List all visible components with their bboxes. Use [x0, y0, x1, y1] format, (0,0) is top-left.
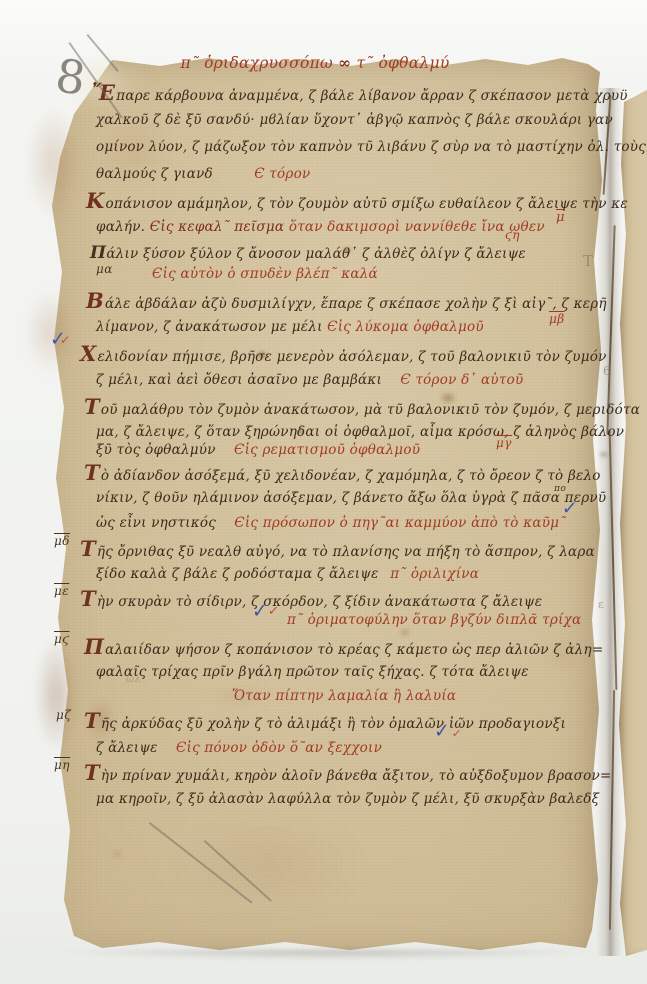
margin-label: μζ: [56, 708, 71, 722]
ink-text: φαλήν.: [96, 219, 150, 235]
ink-text: άλε ἀβδάλαν ἀζὺ δυσμιλίγχν, ἔπαρε ζ σκέπ…: [105, 296, 607, 312]
ink-text: χαλκοῦ ζ δὲ ξῦ σανδύ· μϐλίαν ὕχοντ᾽ ἀβγῷ…: [96, 112, 613, 128]
rubric-text: Єἰς αὐτὸν ὁ σπυδὲν βλέπ῀ καλά: [152, 266, 378, 282]
rubric-text: Є τόρον: [254, 166, 310, 182]
rubric-text: Єἰς ρεματισμοῦ ὀφθαλμοῦ: [234, 442, 420, 458]
margin-label: ε: [598, 598, 604, 611]
text-line: ζ μέλι, καὶ ἀεὶ ὄθεσι ἀσαῖνο με βαμβάκι …: [96, 372, 523, 389]
margin-label: πο: [554, 484, 566, 494]
text-line: φαλήν. Єἰς κεφαλ῀ πεῖσμα ὅταν δακιμσορὶ …: [96, 219, 545, 236]
ink-text: φαλαῖς τρίχας πρῖν βγάλη πρῶτον ταῖς ξήχ…: [96, 664, 529, 680]
text-line: Ὅταν πίπτην λαμαλία ἢ λαλυία: [232, 688, 456, 705]
text-line: Τὴν πρίναν χυμάλι, κηρὸν ἀλοῖν βάνεθα ἄξ…: [84, 764, 612, 785]
ink-text: οπάνισον αμάμηλον, ζ τὸν ζουμὸν αὐτῦ σμί…: [106, 196, 628, 212]
text-line: Χελιδονίαν πήμισε, βρῆσε μενερὸν ἀσόλεμα…: [80, 345, 607, 366]
ink-text: οῦ μαλάθρυ τὸν ζυμὸν ἀνακάτωσον, μὰ τῦ β…: [101, 402, 640, 418]
decorated-initial: Τ: [84, 760, 100, 785]
margin-label: με: [54, 584, 69, 598]
text-line: μα, ζ ἄλειψε, ζ ὅταν ξηρώνηδαι οἱ ὀφθαλμ…: [96, 424, 624, 441]
ink-text: ὡς εἶνι νηστικός: [96, 515, 234, 531]
text-line: Τῆς ἀρκύδας ξῦ χολὴν ζ τὸ ἀλιμάξι ἢ τὸν …: [84, 712, 566, 733]
text-line: μα κηροῖν, ζ ξῦ ἀλασὰν λαφύλλα τὸν ζυμὸν…: [96, 791, 599, 808]
binding-gutter: [596, 88, 622, 956]
manuscript-scan: π῀ ὁριδαχρυσσόπω ∞ τ῀ ὀφθαλμύἜπαρε κάρβο…: [0, 0, 647, 984]
margin-label: μ: [556, 210, 565, 225]
margin-label: ϛη: [505, 228, 520, 242]
text-line: νίκιν, ζ θοῦν ηλάμινον ἀσόξεμαν, ζ βάνετ…: [96, 490, 606, 507]
text-line: Παλαιίδαν ψήσον ζ κοπάνισον τὸ κρέας ζ κ…: [84, 638, 603, 659]
decorated-initial: Τ: [84, 394, 100, 419]
rubric-text: Єἰς κεφαλ῀: [150, 219, 235, 235]
margin-label: μγ: [496, 436, 512, 450]
facing-page-sliver: [614, 84, 647, 958]
decorated-initial: Τ: [84, 460, 100, 485]
ink-text: άλιν ξύσον ξύλον ζ ἄνοσον μαλάθ᾽ ζ ἀλθὲζ…: [106, 246, 526, 262]
ink-text: ὸ ἀδίανδον ἀσόξεμά, ξῦ χελιδονέαν, ζ χαμ…: [101, 468, 601, 484]
text-line: Τὸ ἀδίανδον ἀσόξεμά, ξῦ χελιδονέαν, ζ χα…: [84, 464, 601, 485]
ink-text: θαλμούς ζ γιανδ: [96, 166, 254, 182]
pencil-stroke: [87, 34, 119, 72]
ink-text: παρε κάρβουνα ἀναμμένα, ζ βάλε λίβανον ἄ…: [116, 88, 628, 104]
ink-text: μα κηροῖν, ζ ξῦ ἀλασὰν λαφύλλα τὸν ζυμὸν…: [96, 791, 599, 807]
check-mark-icon: ✓: [561, 500, 578, 518]
pencil-foliation-number: 8: [52, 48, 89, 106]
ink-text: ῆς ὄρνιθας ξῦ νεαλθ αὐγό, να τὸ πλανίσης…: [97, 544, 595, 560]
title-rubric: π῀ ὁριδαχρυσσόπω ∞ τ῀ ὀφθαλμύ: [150, 54, 480, 72]
text-line: Ἔπαρε κάρβουνα ἀναμμένα, ζ βάλε λίβανον …: [92, 84, 628, 105]
text-line: Κοπάνισον αμάμηλον, ζ τὸν ζουμὸν αὐτῦ σμ…: [86, 192, 628, 213]
decorated-initial: Τ: [84, 708, 100, 733]
margin-label: T: [583, 252, 594, 270]
rubric-text: πεῖσμα: [234, 219, 289, 235]
margin-label: μϛ: [54, 632, 70, 646]
decorated-initial: Π: [90, 243, 106, 263]
ink-text: ξίδο καλὰ ζ βάλε ζ ροδόσταμα ζ ἄλειψε: [96, 566, 390, 582]
rubric-text: π῀ ὁριλιχίνα: [390, 566, 479, 582]
knot-flourish-icon: ∞: [338, 53, 351, 72]
ink-text: ζ ἄλειψε: [96, 740, 176, 756]
check-mark-icon: ✓: [434, 721, 450, 742]
ink-text: ξῦ τὸς ὀφθαλμύν: [96, 442, 234, 458]
text-line: ξῦ τὸς ὀφθαλμύν Єἰς ρεματισμοῦ ὀφθαλμοῦ: [96, 442, 420, 459]
text-line: ομίνον λύον, ζ μάζωξον τὸν καπνὸν τῦ λιβ…: [96, 139, 647, 156]
text-line: Єἰς αὐτὸν ὁ σπυδὲν βλέπ῀ καλά: [152, 266, 378, 283]
rubric-text: π῀ ὁριδαχρυσσόπω: [180, 54, 338, 72]
ink-text: λίμανον, ζ ἀνακάτωσον με μέλι: [96, 319, 327, 335]
margin-label: 6: [603, 364, 611, 378]
rubric-text: τ῀ ὀφθαλμύ: [351, 54, 449, 72]
decorated-initial: Τ: [80, 536, 96, 561]
ink-text: ὴν σκυρὰν τὸ σίδιρν, ζ σκόρδον, ζ ξίδιν …: [97, 594, 542, 610]
text-line: χαλκοῦ ζ δὲ ξῦ σανδύ· μϐλίαν ὕχοντ᾽ ἀβγῷ…: [96, 112, 613, 129]
rubric-text: Є τόρον δ᾽ αὐτοῦ: [400, 372, 523, 388]
ink-text: νίκιν, ζ θοῦν ηλάμινον ἀσόξεμαν, ζ βάνετ…: [96, 490, 606, 506]
margin-label: μβ: [549, 312, 565, 326]
ink-text: αλαιίδαν ψήσον ζ κοπάνισον τὸ κρέας ζ κά…: [105, 642, 603, 658]
text-line: ζ ἄλειψε Єἰς πόνον ὀδὸν ὅ῀αν ξεχχοιν: [96, 740, 382, 757]
text-line: Τῆς ὄρνιθας ξῦ νεαλθ αὐγό, να τὸ πλανίση…: [80, 540, 595, 561]
decorated-initial: Β: [86, 288, 104, 313]
check-mark-icon: ✓: [451, 728, 461, 739]
check-mark-icon: ✓: [267, 605, 279, 618]
rubric-text: Єἰς λύκομα ὀφθαλμοῦ: [327, 319, 484, 335]
decorated-initial: Χ: [80, 341, 97, 366]
rubric-text: π῀ ὁριματοφύλην ὅταν βγζύν διπλᾶ τρίχα: [287, 612, 581, 628]
ink-text: ὴν πρίναν χυμάλι, κηρὸν ἀλοῖν βάνεθα ἄξι…: [101, 768, 612, 784]
ink-text: μα, ζ ἄλειψε, ζ ὅταν ξηρώνηδαι οἱ ὀφθαλμ…: [96, 424, 624, 440]
rubric-text: Ὅταν πίπτην λαμαλία ἢ λαλυία: [232, 688, 456, 704]
ink-text: ομίνον λύον, ζ μάζωξον τὸν καπνὸν τῦ λιβ…: [96, 139, 647, 155]
ink-text: ελιδονίαν πήμισε, βρῆσε μενερὸν ἀσόλεμαν…: [98, 349, 607, 365]
text-line: Τὴν σκυρὰν τὸ σίδιρν, ζ σκόρδον, ζ ξίδιν…: [80, 590, 542, 611]
decorated-initial: Π: [84, 634, 104, 659]
ink-text: ῆς ἀρκύδας ξῦ χολὴν ζ τὸ ἀλιμάξι ἢ τὸν ὁ…: [101, 716, 566, 732]
text-line: π῀ ὁριματοφύλην ὅταν βγζύν διπλᾶ τρίχα: [287, 612, 581, 629]
text-line: Βάλε ἀβδάλαν ἀζὺ δυσμιλίγχν, ἔπαρε ζ σκέ…: [86, 292, 607, 313]
rubric-text: Єἰς πρόσωπον ὁ πηγ῀αι καμμύον ἀπὸ τὸ καῦ…: [234, 515, 566, 531]
rubric-text: Єἰς πόνον ὀδὸν ὅ῀αν ξεχχοιν: [176, 740, 382, 756]
margin-label: μη: [54, 758, 70, 772]
text-line: Πάλιν ξύσον ξύλον ζ ἄνοσον μαλάθ᾽ ζ ἀλθὲ…: [90, 245, 526, 263]
decorated-initial: Τ: [80, 586, 96, 611]
text-line: λίμανον, ζ ἀνακάτωσον με μέλι Єἰς λύκομα…: [96, 319, 484, 336]
text-line: ὡς εἶνι νηστικός Єἰς πρόσωπον ὁ πηγ῀αι κ…: [96, 515, 566, 532]
ink-text: ζ μέλι, καὶ ἀεὶ ὄθεσι ἀσαῖνο με βαμβάκι: [96, 372, 400, 388]
margin-label: μδ: [54, 534, 70, 548]
binding-thread: [609, 430, 618, 690]
text-line: φαλαῖς τρίχας πρῖν βγάλη πρῶτον ταῖς ξήχ…: [96, 664, 529, 681]
check-mark-icon: ✓: [59, 334, 70, 346]
margin-label: ωλ: [126, 674, 142, 685]
check-mark-icon: ✓: [252, 601, 268, 622]
decorated-initial: Κ: [86, 188, 105, 213]
margin-label: μα: [96, 262, 113, 276]
text-line: Τοῦ μαλάθρυ τὸν ζυμὸν ἀνακάτωσον, μὰ τῦ …: [84, 398, 640, 419]
text-line: ξίδο καλὰ ζ βάλε ζ ροδόσταμα ζ ἄλειψε π῀…: [96, 566, 479, 583]
page-shadow: [48, 950, 604, 960]
text-line: θαλμούς ζ γιανδ Є τόρον: [96, 166, 310, 183]
binding-thread: [609, 690, 615, 930]
